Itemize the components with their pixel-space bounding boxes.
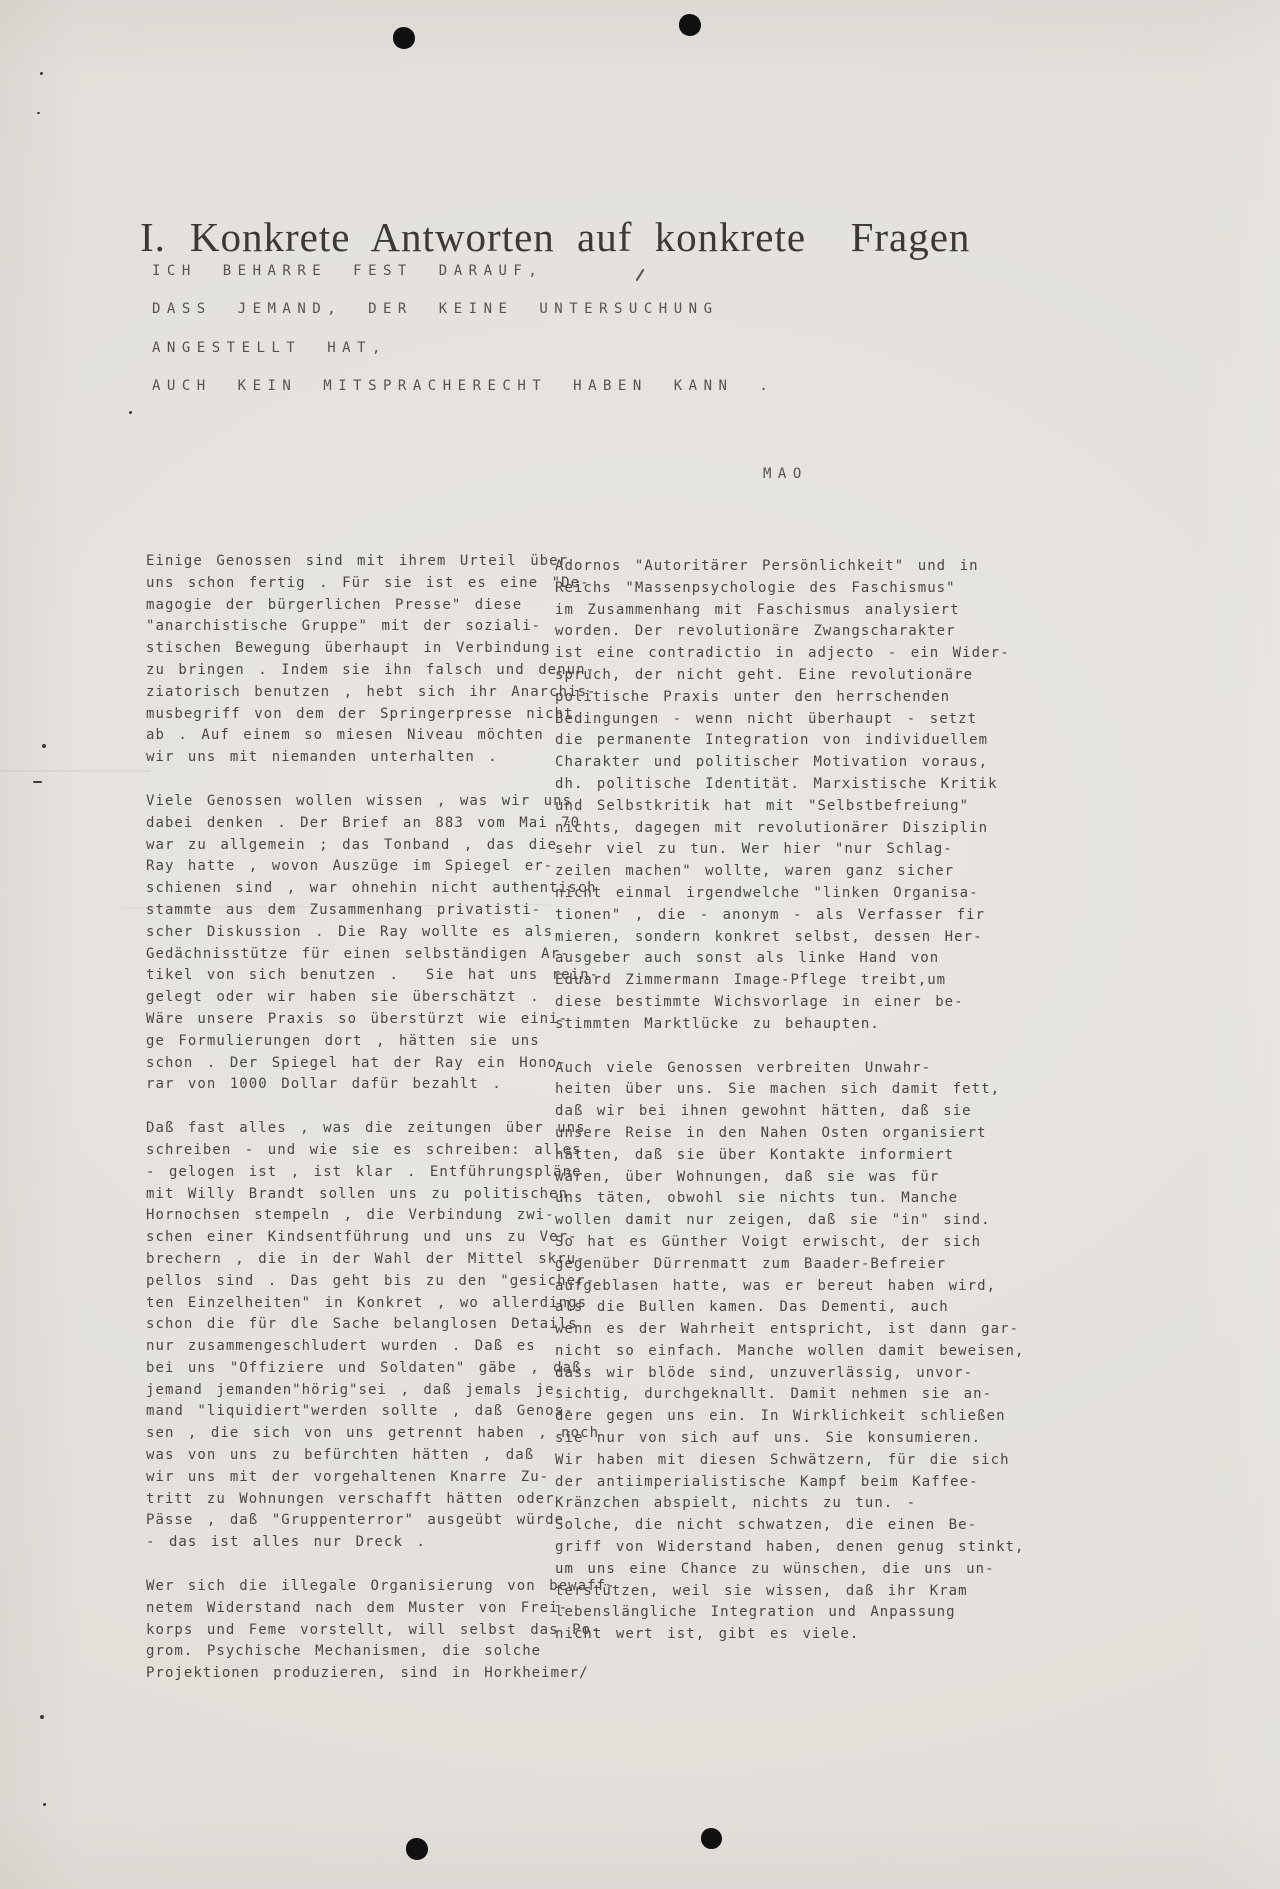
text-line: schon . Der Spiegel hat der Ray ein Hono… — [146, 1053, 588, 1075]
text-line: - gelogen ist , ist klar . Entführungspl… — [146, 1162, 588, 1184]
text-line: schon die für dle Sache belanglosen Deta… — [146, 1314, 588, 1336]
text-line: Gedächnisstütze für einen selbständigen … — [146, 944, 588, 966]
text-line: nicht einmal irgendwelche "linken Organi… — [555, 883, 1007, 905]
text-line: uns täten, obwohl sie nichts tun. Manche — [555, 1188, 1007, 1210]
text-line: Hornochsen stempeln , die Verbindung zwi… — [146, 1205, 588, 1227]
text-line: schienen sind , war ohnehin nicht authen… — [146, 878, 588, 900]
text-line: wir uns mit niemanden unterhalten . — [146, 747, 588, 769]
text-line: uns schon fertig . Für sie ist es eine "… — [146, 573, 588, 595]
text-line: ge Formulierungen dort , hätten sie uns — [146, 1031, 588, 1053]
text-line: schen einer Kindsentführung und uns zu V… — [146, 1227, 588, 1249]
text-line: worden. Der revolutionäre Zwangscharakte… — [555, 621, 1007, 643]
stray-mark — [43, 1803, 46, 1806]
text-line: daß wir bei ihnen gewohnt hätten, daß si… — [555, 1101, 1007, 1123]
text-line: brechern , die in der Wahl der Mittel sk… — [146, 1249, 588, 1271]
text-line: griff von Widerstand haben, denen genug … — [555, 1537, 1007, 1559]
text-line: netem Widerstand nach dem Muster von Fre… — [146, 1598, 588, 1620]
text-line: Auch viele Genossen verbreiten Unwahr- — [555, 1058, 1007, 1080]
epigraph-attribution: MAO — [763, 466, 808, 482]
text-line: Daß fast alles , was die zeitungen über … — [146, 1118, 588, 1140]
text-line: nicht wert ist, gibt es viele. — [555, 1624, 1007, 1646]
text-line: Einige Genossen sind mit ihrem Urteil üb… — [146, 551, 588, 573]
text-line: tionen" , die - anonym - als Verfasser f… — [555, 905, 1007, 927]
text-line: war zu allgemein ; das Tonband , das die — [146, 835, 588, 857]
text-line: die permanente Integration von individue… — [555, 730, 1007, 752]
text-line: bei uns "Offiziere und Soldaten" gäbe , … — [146, 1358, 588, 1380]
text-line: als die Bullen kamen. Das Dementi, auch — [555, 1297, 1007, 1319]
paragraph: Adornos "Autoritärer Persönlichkeit" und… — [555, 556, 1007, 1036]
text-line: Wäre unsere Praxis so überstürzt wie ein… — [146, 1009, 588, 1031]
text-line: dabei denken . Der Brief an 883 vom Mai … — [146, 813, 588, 835]
text-line: Projektionen produzieren, sind in Horkhe… — [146, 1663, 588, 1685]
text-line: sehr viel zu tun. Wer hier "nur Schlag- — [555, 839, 1007, 861]
text-line: terstützen, weil sie wissen, daß ihr Kra… — [555, 1581, 1007, 1603]
text-line: sie nur von sich auf uns. Sie konsumiere… — [555, 1428, 1007, 1450]
text-line: korps und Feme vorstellt, will selbst da… — [146, 1620, 588, 1642]
text-line: "anarchistische Gruppe" mit der soziali- — [146, 616, 588, 638]
text-line: nicht so einfach. Manche wollen damit be… — [555, 1341, 1007, 1363]
text-column-left: Einige Genossen sind mit ihrem Urteil üb… — [146, 551, 588, 1685]
text-line: gegenüber Dürrenmatt zum Baader-Befreier — [555, 1254, 1007, 1276]
text-line: ab . Auf einem so miesen Niveau möchten — [146, 725, 588, 747]
text-line: dh. politische Identität. Marxistische K… — [555, 774, 1007, 796]
registration-dot-bottom-right — [701, 1828, 722, 1849]
text-line: hätten, daß sie über Kontakte informiert — [555, 1145, 1007, 1167]
scanned-document-page: I.Konkrete Antworten auf konkrete Fragen… — [0, 0, 1280, 1889]
text-line: wären, über Wohnungen, daß sie was für — [555, 1167, 1007, 1189]
text-line: mieren, sondern konkret selbst, dessen H… — [555, 927, 1007, 949]
text-line: nur zusammengeschludert wurden . Daß es — [146, 1336, 588, 1358]
text-line: pellos sind . Das geht bis zu den "gesic… — [146, 1271, 588, 1293]
text-line: gelegt oder wir haben sie überschätzt . — [146, 987, 588, 1009]
text-line: unsere Reise in den Nahen Osten organisi… — [555, 1123, 1007, 1145]
registration-dot-top-left — [393, 27, 415, 49]
text-line: wir uns mit der vorgehaltenen Knarre Zu- — [146, 1467, 588, 1489]
text-line: diese bestimmte Wichsvorlage in einer be… — [555, 992, 1007, 1014]
text-line: schreiben - und wie sie es schreiben: al… — [146, 1140, 588, 1162]
text-line: tritt zu Wohnungen verschafft hätten ode… — [146, 1489, 588, 1511]
text-line: zu bringen . Indem sie ihn falsch und de… — [146, 660, 588, 682]
text-line: wollen damit nur zeigen, daß sie "in" si… — [555, 1210, 1007, 1232]
stray-mark — [129, 411, 132, 414]
text-line: Kränzchen abspielt, nichts zu tun. - — [555, 1493, 1007, 1515]
paper-crease — [0, 770, 150, 772]
text-line: ANGESTELLT HAT, — [152, 329, 774, 367]
text-line: jemand jemanden"hörig"sei , daß jemals j… — [146, 1380, 588, 1402]
text-line: Ray hatte , wovon Auszüge im Spiegel er- — [146, 856, 588, 878]
text-line: magogie der bürgerlichen Presse" diese — [146, 595, 588, 617]
epigraph-quote: ICH BEHARRE FEST DARAUF,DASS JEMAND, DER… — [152, 252, 774, 405]
text-line: grom. Psychische Mechanismen, die solche — [146, 1641, 588, 1663]
text-line: Wir haben mit diesen Schwätzern, für die… — [555, 1450, 1007, 1472]
text-line: ICH BEHARRE FEST DARAUF, — [152, 252, 774, 290]
text-line: der antiimperialistische Kampf beim Kaff… — [555, 1472, 1007, 1494]
text-line: sen , die sich von uns getrennt haben , … — [146, 1423, 588, 1445]
text-line: tikel von sich benutzen . Sie hat uns re… — [146, 965, 588, 987]
text-line: Wer sich die illegale Organisierung von … — [146, 1576, 588, 1598]
text-line: dass wir blöde sind, unzuverlässig, unvo… — [555, 1363, 1007, 1385]
text-line: politische Praxis unter den herrschenden — [555, 687, 1007, 709]
text-column-right: Adornos "Autoritärer Persönlichkeit" und… — [555, 556, 1007, 1646]
text-line: mit Willy Brandt sollen uns zu politisch… — [146, 1184, 588, 1206]
text-line: So hat es Günther Voigt erwischt, der si… — [555, 1232, 1007, 1254]
text-line: und Selbstkritik hat mit "Selbstbefreiun… — [555, 796, 1007, 818]
text-line: aufgeblasen hatte, was er bereut haben w… — [555, 1276, 1007, 1298]
stray-mark — [37, 112, 40, 114]
text-line: scher Diskussion . Die Ray wollte es als — [146, 922, 588, 944]
registration-dot-top-right — [679, 14, 701, 36]
text-line: Solche, die nicht schwatzen, die einen B… — [555, 1515, 1007, 1537]
text-line: AUCH KEIN MITSPRACHERECHT HABEN KANN . — [152, 367, 774, 405]
text-line: lebenslängliche Integration und Anpassun… — [555, 1602, 1007, 1624]
text-line: - das ist alles nur Dreck . — [146, 1532, 588, 1554]
paragraph: Wer sich die illegale Organisierung von … — [146, 1576, 588, 1685]
paragraph: Auch viele Genossen verbreiten Unwahr-he… — [555, 1058, 1007, 1647]
text-line: mand "liquidiert"werden sollte , daß Gen… — [146, 1401, 588, 1423]
text-line: Bedingungen - wenn nicht überhaupt - set… — [555, 709, 1007, 731]
stray-mark — [40, 1715, 44, 1719]
registration-dot-bottom-left — [406, 1838, 428, 1860]
text-line: um uns eine Chance zu wünschen, die uns … — [555, 1559, 1007, 1581]
text-line: ziatorisch benutzen , hebt sich ihr Anar… — [146, 682, 588, 704]
text-line: DASS JEMAND, DER KEINE UNTERSUCHUNG — [152, 290, 774, 328]
text-line: ist eine contradictio in adjecto - ein W… — [555, 643, 1007, 665]
text-line: spruch, der nicht geht. Eine revolutionä… — [555, 665, 1007, 687]
text-line: nichts, dagegen mit revolutionärer Diszi… — [555, 818, 1007, 840]
text-line: stischen Bewegung überhaupt in Verbindun… — [146, 638, 588, 660]
text-line: stammte aus dem Zusammenhang privatisti- — [146, 900, 588, 922]
text-line: Viele Genossen wollen wissen , was wir u… — [146, 791, 588, 813]
text-line: sichtig, durchgeknallt. Damit nehmen sie… — [555, 1384, 1007, 1406]
paragraph: Daß fast alles , was die zeitungen über … — [146, 1118, 588, 1554]
text-line: Eduard Zimmermann Image-Pflege treibt,um — [555, 970, 1007, 992]
text-line: im Zusammenhang mit Faschismus analysier… — [555, 600, 1007, 622]
stray-mark — [33, 781, 42, 783]
text-line: Charakter und politischer Motivation vor… — [555, 752, 1007, 774]
stray-mark — [40, 72, 43, 75]
text-line: Pässe , daß "Gruppenterror" ausgeübt wür… — [146, 1510, 588, 1532]
text-line: ten Einzelheiten" in Konkret , wo allerd… — [146, 1293, 588, 1315]
text-line: Reichs "Massenpsychologie des Faschismus… — [555, 578, 1007, 600]
text-line: Adornos "Autoritärer Persönlichkeit" und… — [555, 556, 1007, 578]
text-line: ausgeber auch sonst als linke Hand von — [555, 948, 1007, 970]
text-line: dere gegen uns ein. In Wirklichkeit schl… — [555, 1406, 1007, 1428]
text-line: was von uns zu befürchten hätten , daß — [146, 1445, 588, 1467]
text-line: stimmten Marktlücke zu behaupten. — [555, 1014, 1007, 1036]
paragraph: Einige Genossen sind mit ihrem Urteil üb… — [146, 551, 588, 769]
text-line: rar von 1000 Dollar dafür bezahlt . — [146, 1074, 588, 1096]
text-line: zeilen machen" wollte, waren ganz sicher — [555, 861, 1007, 883]
text-line: wenn es der Wahrheit entspricht, ist dan… — [555, 1319, 1007, 1341]
stray-mark — [42, 744, 46, 748]
text-line: heiten über uns. Sie machen sich damit f… — [555, 1079, 1007, 1101]
text-line: musbegriff von dem der Springerpresse ni… — [146, 704, 588, 726]
paragraph: Viele Genossen wollen wissen , was wir u… — [146, 791, 588, 1096]
